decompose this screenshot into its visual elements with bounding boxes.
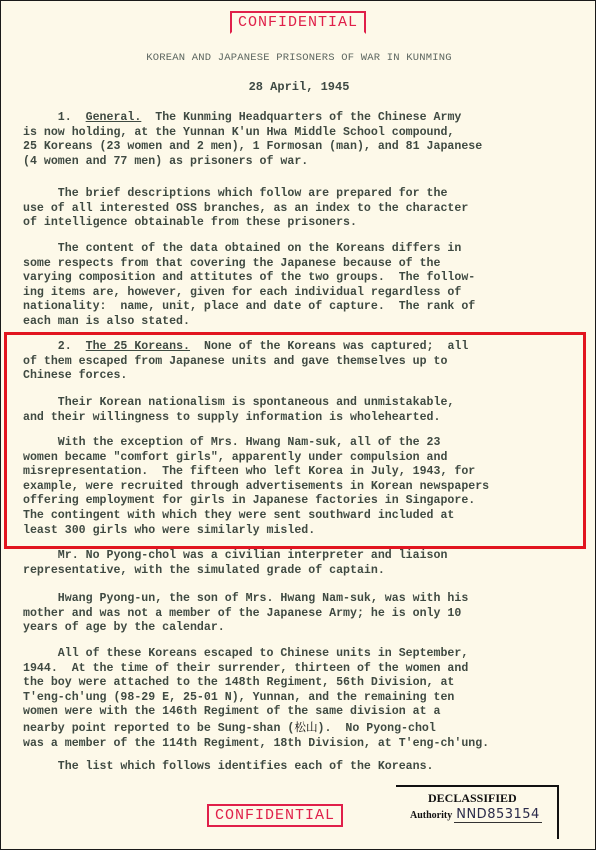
text-line: Chinese forces. xyxy=(23,369,127,382)
declassified-title: DECLASSIFIED xyxy=(428,791,517,806)
text-line: the boy were attached to the 148th Regim… xyxy=(23,676,454,689)
paragraph-general: 1. General. The Kunming Headquarters of … xyxy=(23,111,579,169)
text-line: women were with the 146th Regiment of th… xyxy=(23,705,440,718)
declassified-authority: AuthorityNND853154 xyxy=(410,807,542,823)
text-line: 1944. At the time of their surrender, th… xyxy=(23,662,468,675)
text-line: The list which follows identifies each o… xyxy=(23,760,434,773)
section-number: 2. xyxy=(58,340,72,353)
text-line: All of these Koreans escaped to Chinese … xyxy=(23,647,468,660)
document-page: CONFIDENTIAL KOREAN AND JAPANESE PRISONE… xyxy=(0,0,596,850)
document-date: 28 April, 1945 xyxy=(1,80,596,94)
text-line: T'eng-ch'ung (98-29 E, 25-01 N), Yunnan,… xyxy=(23,691,454,704)
text-line: Hwang Pyong-un, the son of Mrs. Hwang Na… xyxy=(23,592,468,605)
section-heading: The 25 Koreans. xyxy=(86,340,190,353)
section-number: 1. xyxy=(58,111,72,124)
text-line: each man is also stated. xyxy=(23,315,190,328)
text-line: With the exception of Mrs. Hwang Nam-suk… xyxy=(23,436,440,449)
text-line: is now holding, at the Yunnan K'un Hwa M… xyxy=(23,126,454,139)
handwritten-annotation: 松山 xyxy=(294,720,317,734)
document-title: KOREAN AND JAPANESE PRISONERS OF WAR IN … xyxy=(1,52,596,64)
text-line: representative, with the simulated grade… xyxy=(23,564,385,577)
paragraph-nationalism: Their Korean nationalism is spontaneous … xyxy=(23,396,579,425)
paragraph-son: Hwang Pyong-un, the son of Mrs. Hwang Na… xyxy=(23,592,579,636)
paragraph-list: The list which follows identifies each o… xyxy=(23,760,579,775)
text-line: The content of the data obtained on the … xyxy=(23,242,461,255)
authority-number: NND853154 xyxy=(454,807,542,823)
text-line: years of age by the calendar. xyxy=(23,621,225,634)
text-line: The brief descriptions which follow are … xyxy=(23,187,447,200)
text-line: and their willingness to supply informat… xyxy=(23,411,440,424)
paragraph-descriptions: The brief descriptions which follow are … xyxy=(23,187,579,231)
text-line: The Kunming Headquarters of the Chinese … xyxy=(155,111,461,124)
confidential-stamp-top: CONFIDENTIAL xyxy=(230,11,366,34)
text-line: some respects from that covering the Jap… xyxy=(23,257,440,270)
text-line: example, were recruited through advertis… xyxy=(23,480,489,493)
text-line: misrepresentation. The fifteen who left … xyxy=(23,465,475,478)
text-line: mother and was not a member of the Japan… xyxy=(23,607,461,620)
text-line: 25 Koreans (23 women and 2 men), 1 Formo… xyxy=(23,140,482,153)
section-heading: General. xyxy=(86,111,142,124)
text-line: was a member of the 114th Regiment, 18th… xyxy=(23,737,489,750)
paragraph-comfort-girls: With the exception of Mrs. Hwang Nam-suk… xyxy=(23,436,579,538)
declassified-stamp: DECLASSIFIED AuthorityNND853154 xyxy=(396,785,559,839)
text-line: Their Korean nationalism is spontaneous … xyxy=(23,396,454,409)
text-line: women became "comfort girls", apparently… xyxy=(23,451,447,464)
text-line: ). No Pyong-chol xyxy=(318,722,436,735)
text-line: (4 women and 77 men) as prisoners of war… xyxy=(23,155,308,168)
confidential-stamp-bottom: CONFIDENTIAL xyxy=(207,804,343,827)
text-line: of them escaped from Japanese units and … xyxy=(23,355,447,368)
text-line: use of all interested OSS branches, as a… xyxy=(23,202,468,215)
text-line: None of the Koreans was captured; all xyxy=(204,340,468,353)
paragraph-interpreter: Mr. No Pyong-chol was a civilian interpr… xyxy=(23,549,579,578)
text-line: ing items are, however, given for each i… xyxy=(23,286,461,299)
text-line: nationality: name, unit, place and date … xyxy=(23,300,475,313)
text-line: of intelligence obtainable from these pr… xyxy=(23,216,357,229)
paragraph-content: The content of the data obtained on the … xyxy=(23,242,579,330)
text-line: varying composition and attitutes of the… xyxy=(23,271,475,284)
text-line: The contingent with which they were sent… xyxy=(23,509,454,522)
text-line: offering employment for girls in Japanes… xyxy=(23,494,475,507)
text-line: least 300 girls who were similarly misle… xyxy=(23,524,315,537)
text-line: nearby point reported to be Sung-shan ( xyxy=(23,722,294,735)
text-line: Mr. No Pyong-chol was a civilian interpr… xyxy=(23,549,447,562)
paragraph-escape: All of these Koreans escaped to Chinese … xyxy=(23,647,579,751)
authority-label: Authority xyxy=(410,810,452,821)
paragraph-25-koreans: 2. The 25 Koreans. None of the Koreans w… xyxy=(23,340,579,384)
